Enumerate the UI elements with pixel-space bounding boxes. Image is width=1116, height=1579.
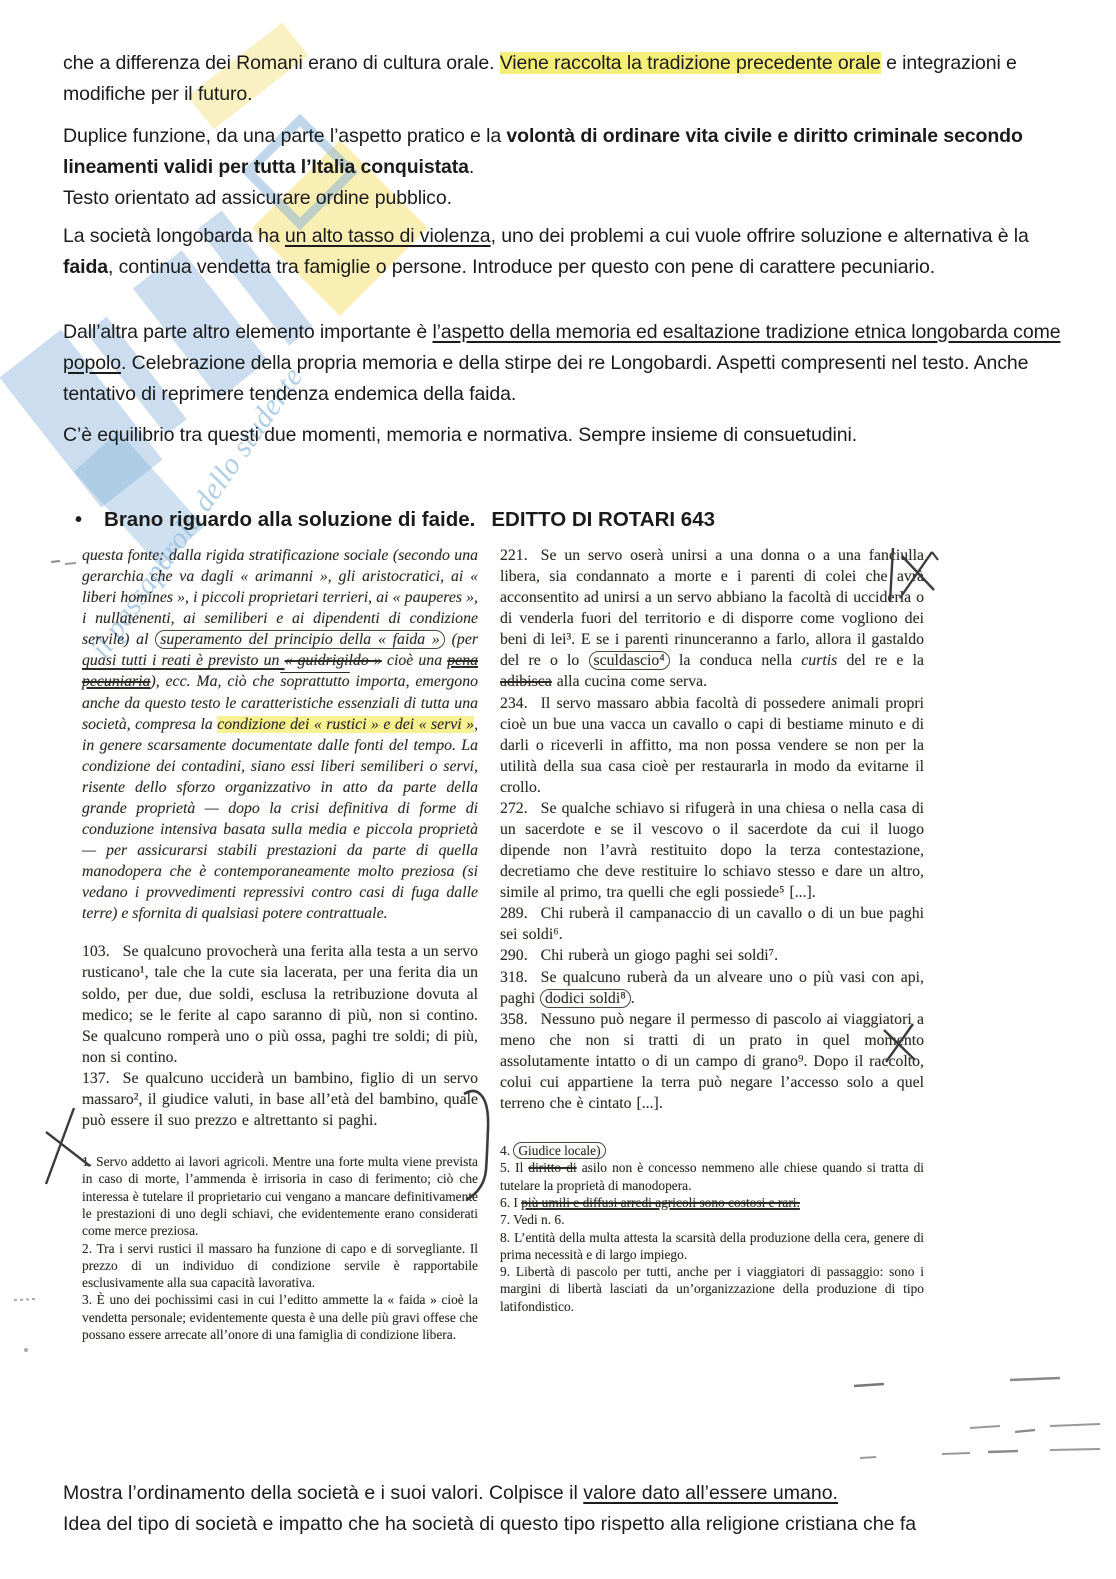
- text-segment: , uno dei problemi a cui vuole offrire s…: [491, 225, 1029, 247]
- article-number: 103.: [82, 943, 110, 960]
- underlined-text: valore dato all’essere umano.: [583, 1482, 838, 1504]
- text-segment: Idea del tipo di società e impatto che h…: [63, 1513, 916, 1535]
- text-segment: 4.: [500, 1143, 513, 1158]
- text-segment: (per: [445, 631, 478, 648]
- footnote-9: 9. Libertà di pascolo per tutti, anche p…: [500, 1263, 924, 1315]
- handwritten-x-mark-221: [886, 544, 942, 610]
- article-number: 234.: [500, 695, 528, 712]
- footer-notes: Mostra l’ordinamento della società e i s…: [63, 1478, 1083, 1540]
- scan-article-358: 358.Nessuno può negare il permesso di pa…: [500, 1009, 924, 1114]
- text-segment: 5. Il: [500, 1160, 528, 1175]
- heading-text: Brano riguardo alla soluzione di faide.: [104, 506, 475, 535]
- margin-dash-marks-left: [50, 556, 78, 572]
- article-number: 358.: [500, 1011, 528, 1028]
- scan-article-103: 103.Se qualcuno provocherà una ferita al…: [82, 941, 478, 1067]
- scan-intro-paragraph: questa fonte: dalla rigida stratificazio…: [82, 545, 478, 924]
- article-number: 289.: [500, 905, 528, 922]
- scan-right-footnotes: 4. Giudice locale) 5. Il diritto di asil…: [500, 1142, 924, 1315]
- scan-article-221: 221.Se un servo oserà unirsi a una donna…: [500, 545, 924, 693]
- footnote-1: 1. Servo addetto ai lavori agricoli. Men…: [82, 1153, 478, 1239]
- highlighted-text: Viene raccolta la tradizione precedente …: [500, 52, 881, 74]
- margin-dash-marks-bottom: [940, 1444, 1110, 1468]
- pen-underlined-text: quasi tutti i reati è previsto un: [82, 652, 285, 669]
- scan-left-footnotes: 1. Servo addetto ai lavori agricoli. Men…: [82, 1153, 478, 1343]
- text-segment: 6. I: [500, 1195, 521, 1210]
- bold-text: faida: [63, 256, 108, 278]
- article-number: 221.: [500, 547, 528, 564]
- italic-text: curtis: [801, 652, 837, 669]
- pen-circled-text: superamento del principio della « faida …: [155, 630, 445, 649]
- article-number: 272.: [500, 800, 528, 817]
- scan-article-234: 234.Il servo massaro abbia facoltà di po…: [500, 693, 924, 798]
- scan-left-column: questa fonte: dalla rigida stratificazio…: [82, 545, 478, 1343]
- article-number: 318.: [500, 969, 528, 986]
- footnote-8: 8. L’entità della multa attesta la scars…: [500, 1229, 924, 1264]
- text-segment: ), ecc. Ma, ciò che: [150, 673, 280, 690]
- text-segment: C’è equilibrio tra questi due momenti, m…: [63, 424, 857, 446]
- notes-paragraph-4: Dall’altra parte altro elemento importan…: [63, 317, 1061, 409]
- article-text: Nessuno può negare il permesso di pascol…: [500, 1011, 924, 1112]
- pen-scribbled-text: più umili e diffusi arredi agricoli sono…: [521, 1195, 800, 1210]
- footnote-2: 2. Tra i servi rustici il massaro ha fun…: [82, 1240, 478, 1292]
- text-segment: Mostra l’ordinamento della società e i s…: [63, 1482, 583, 1504]
- article-text: Chi ruberà il campanaccio di un cavallo …: [500, 905, 924, 943]
- scan-article-272: 272.Se qualche schiavo si rifugerà in un…: [500, 798, 924, 903]
- notes-paragraph-3: La società longobarda ha un alto tasso d…: [63, 221, 1061, 283]
- handwritten-x-mark-318: [882, 1022, 918, 1064]
- text-segment: cioè una: [382, 652, 448, 669]
- article-text: alla cucina come serva.: [552, 673, 707, 690]
- scan-article-290: 290.Chi ruberà un giogo paghi sei soldi⁷…: [500, 945, 924, 966]
- footnote-4: 4. Giudice locale): [500, 1142, 924, 1159]
- pen-overlined-text: soprattutto: [280, 673, 349, 690]
- article-text: del re e la: [837, 652, 924, 669]
- article-text: Se qualche schiavo si rifugerà in una ch…: [500, 800, 924, 901]
- footnote-7: 7. Vedi n. 6.: [500, 1211, 924, 1228]
- text-segment: , continua vendetta tra famiglie o perso…: [108, 256, 935, 278]
- scan-article-318: 318.Se qualcuno ruberà da un alveare uno…: [500, 967, 924, 1009]
- margin-dot-marks-left: [12, 1292, 52, 1362]
- article-text: Chi ruberà un giogo paghi sei soldi⁷.: [541, 947, 778, 964]
- footnote-5: 5. Il diritto di asilo non è concesso ne…: [500, 1159, 924, 1194]
- bullet-icon: •: [75, 506, 82, 534]
- section-heading: • Brano riguardo alla soluzione di faide…: [75, 506, 715, 535]
- article-text: la conduca nella: [670, 652, 801, 669]
- pen-struck-text: adibisca: [500, 673, 552, 690]
- document-page: il passaparola dello studente che a diff…: [0, 0, 1116, 1579]
- pen-circled-text: sculdascio⁴: [589, 651, 670, 670]
- heading-text-caps: EDITTO DI ROTARI 643: [491, 506, 715, 535]
- article-text: Se qualcuno ucciderà un bambino, figlio …: [82, 1070, 478, 1129]
- text-segment: , in genere scarsamente documentate dall…: [82, 716, 478, 923]
- scan-right-column: 221.Se un servo oserà unirsi a una donna…: [500, 545, 924, 1343]
- scanned-book-excerpt: questa fonte: dalla rigida stratificazio…: [82, 545, 934, 1343]
- article-number: 137.: [82, 1070, 110, 1087]
- article-text: Se qualcuno provocherà una ferita alla t…: [82, 943, 478, 1065]
- notes-paragraph-5: C’è equilibrio tra questi due momenti, m…: [63, 420, 1061, 451]
- text-segment: Dall’altra parte altro elemento importan…: [63, 321, 432, 343]
- article-text: Il servo massaro abbia facoltà di possed…: [500, 695, 924, 796]
- handwritten-bracket-137: [462, 1086, 494, 1208]
- pen-struck-text: « guidrigildo »: [285, 652, 382, 669]
- text-segment: Testo orientato ad assicurare ordine pub…: [63, 187, 452, 209]
- underlined-text: un alto tasso di violenza: [285, 225, 491, 247]
- scan-article-289: 289.Chi ruberà il campanaccio di un cava…: [500, 903, 924, 945]
- scan-article-137: 137.Se qualcuno ucciderà un bambino, fig…: [82, 1068, 478, 1131]
- handwritten-x-mark-137: [42, 1106, 92, 1188]
- article-text: .: [631, 990, 635, 1007]
- text-segment: .: [469, 156, 474, 178]
- text-segment: che a differenza dei Romani erano di cul…: [63, 52, 500, 74]
- notes-paragraph-1: che a differenza dei Romani erano di cul…: [63, 48, 1061, 110]
- footnote-6: 6. I più umili e diffusi arredi agricoli…: [500, 1194, 924, 1211]
- pen-circled-text: Giudice locale): [513, 1142, 605, 1159]
- pen-struck-text: diritto di: [528, 1160, 576, 1175]
- notes-paragraph-2: Duplice funzione, da una parte l’aspetto…: [63, 121, 1061, 213]
- text-segment: Duplice funzione, da una parte l’aspetto…: [63, 125, 506, 147]
- text-segment: La società longobarda ha: [63, 225, 285, 247]
- footnote-3: 3. È uno dei pochissimi casi in cui l’ed…: [82, 1291, 478, 1343]
- highlighted-text: condizione dei « rustici » e dei « servi…: [217, 716, 474, 733]
- pen-circled-text: dodici soldi⁸: [540, 989, 631, 1008]
- article-number: 290.: [500, 947, 528, 964]
- text-segment: . Celebrazione della propria memoria e d…: [63, 352, 1028, 405]
